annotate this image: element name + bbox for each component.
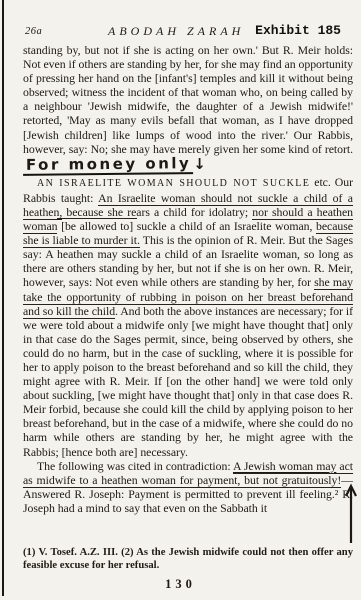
folio-number: 26a: [25, 26, 42, 37]
handwritten-money-note: For money only: [23, 155, 193, 176]
paragraph-contradiction: The following was cited in contradiction…: [23, 459, 353, 515]
paragraph-continuation: standing by, but not if she is acting on…: [23, 43, 353, 175]
overlined-segment: [be allowed to]: [57, 218, 136, 233]
margin-up-arrow-icon: [344, 483, 358, 545]
smallcaps-heading: AN ISRAELITE WOMAN SHOULD NOT SUCKLE: [37, 178, 310, 189]
page-header: 26a ABODAH ZARAH Exhibit 185: [0, 24, 361, 40]
footnote-text: (1) V. Tosef. A.Z. III. (2) As the Jewis…: [23, 546, 353, 572]
text-segment: standing by, but not if she is acting on…: [23, 43, 353, 156]
text-segment: The following was cited in contradiction…: [37, 459, 233, 473]
scan-binding-edge-line: [2, 0, 4, 596]
scanned-book-page: 26a ABODAH ZARAH Exhibit 185 standing by…: [0, 0, 361, 600]
page-number: 130: [0, 577, 361, 592]
paragraph-mishnah-discussion: AN ISRAELITE WOMAN SHOULD NOT SUCKLE etc…: [23, 175, 353, 459]
down-arrow-icon: ↓: [193, 155, 206, 173]
text-segment: because she rears a child for idolatry;: [62, 205, 252, 219]
exhibit-stamp: Exhibit 185: [255, 23, 341, 38]
text-segment: suckle a child of an Israelite woman,: [137, 219, 316, 233]
double-underlined-segment: A Jewish woman may: [233, 459, 336, 474]
text-segment: . And both the above instances are neces…: [23, 304, 353, 459]
body-text: standing by, but not if she is acting on…: [23, 43, 353, 515]
tractate-title: ABODAH ZARAH: [108, 24, 244, 39]
